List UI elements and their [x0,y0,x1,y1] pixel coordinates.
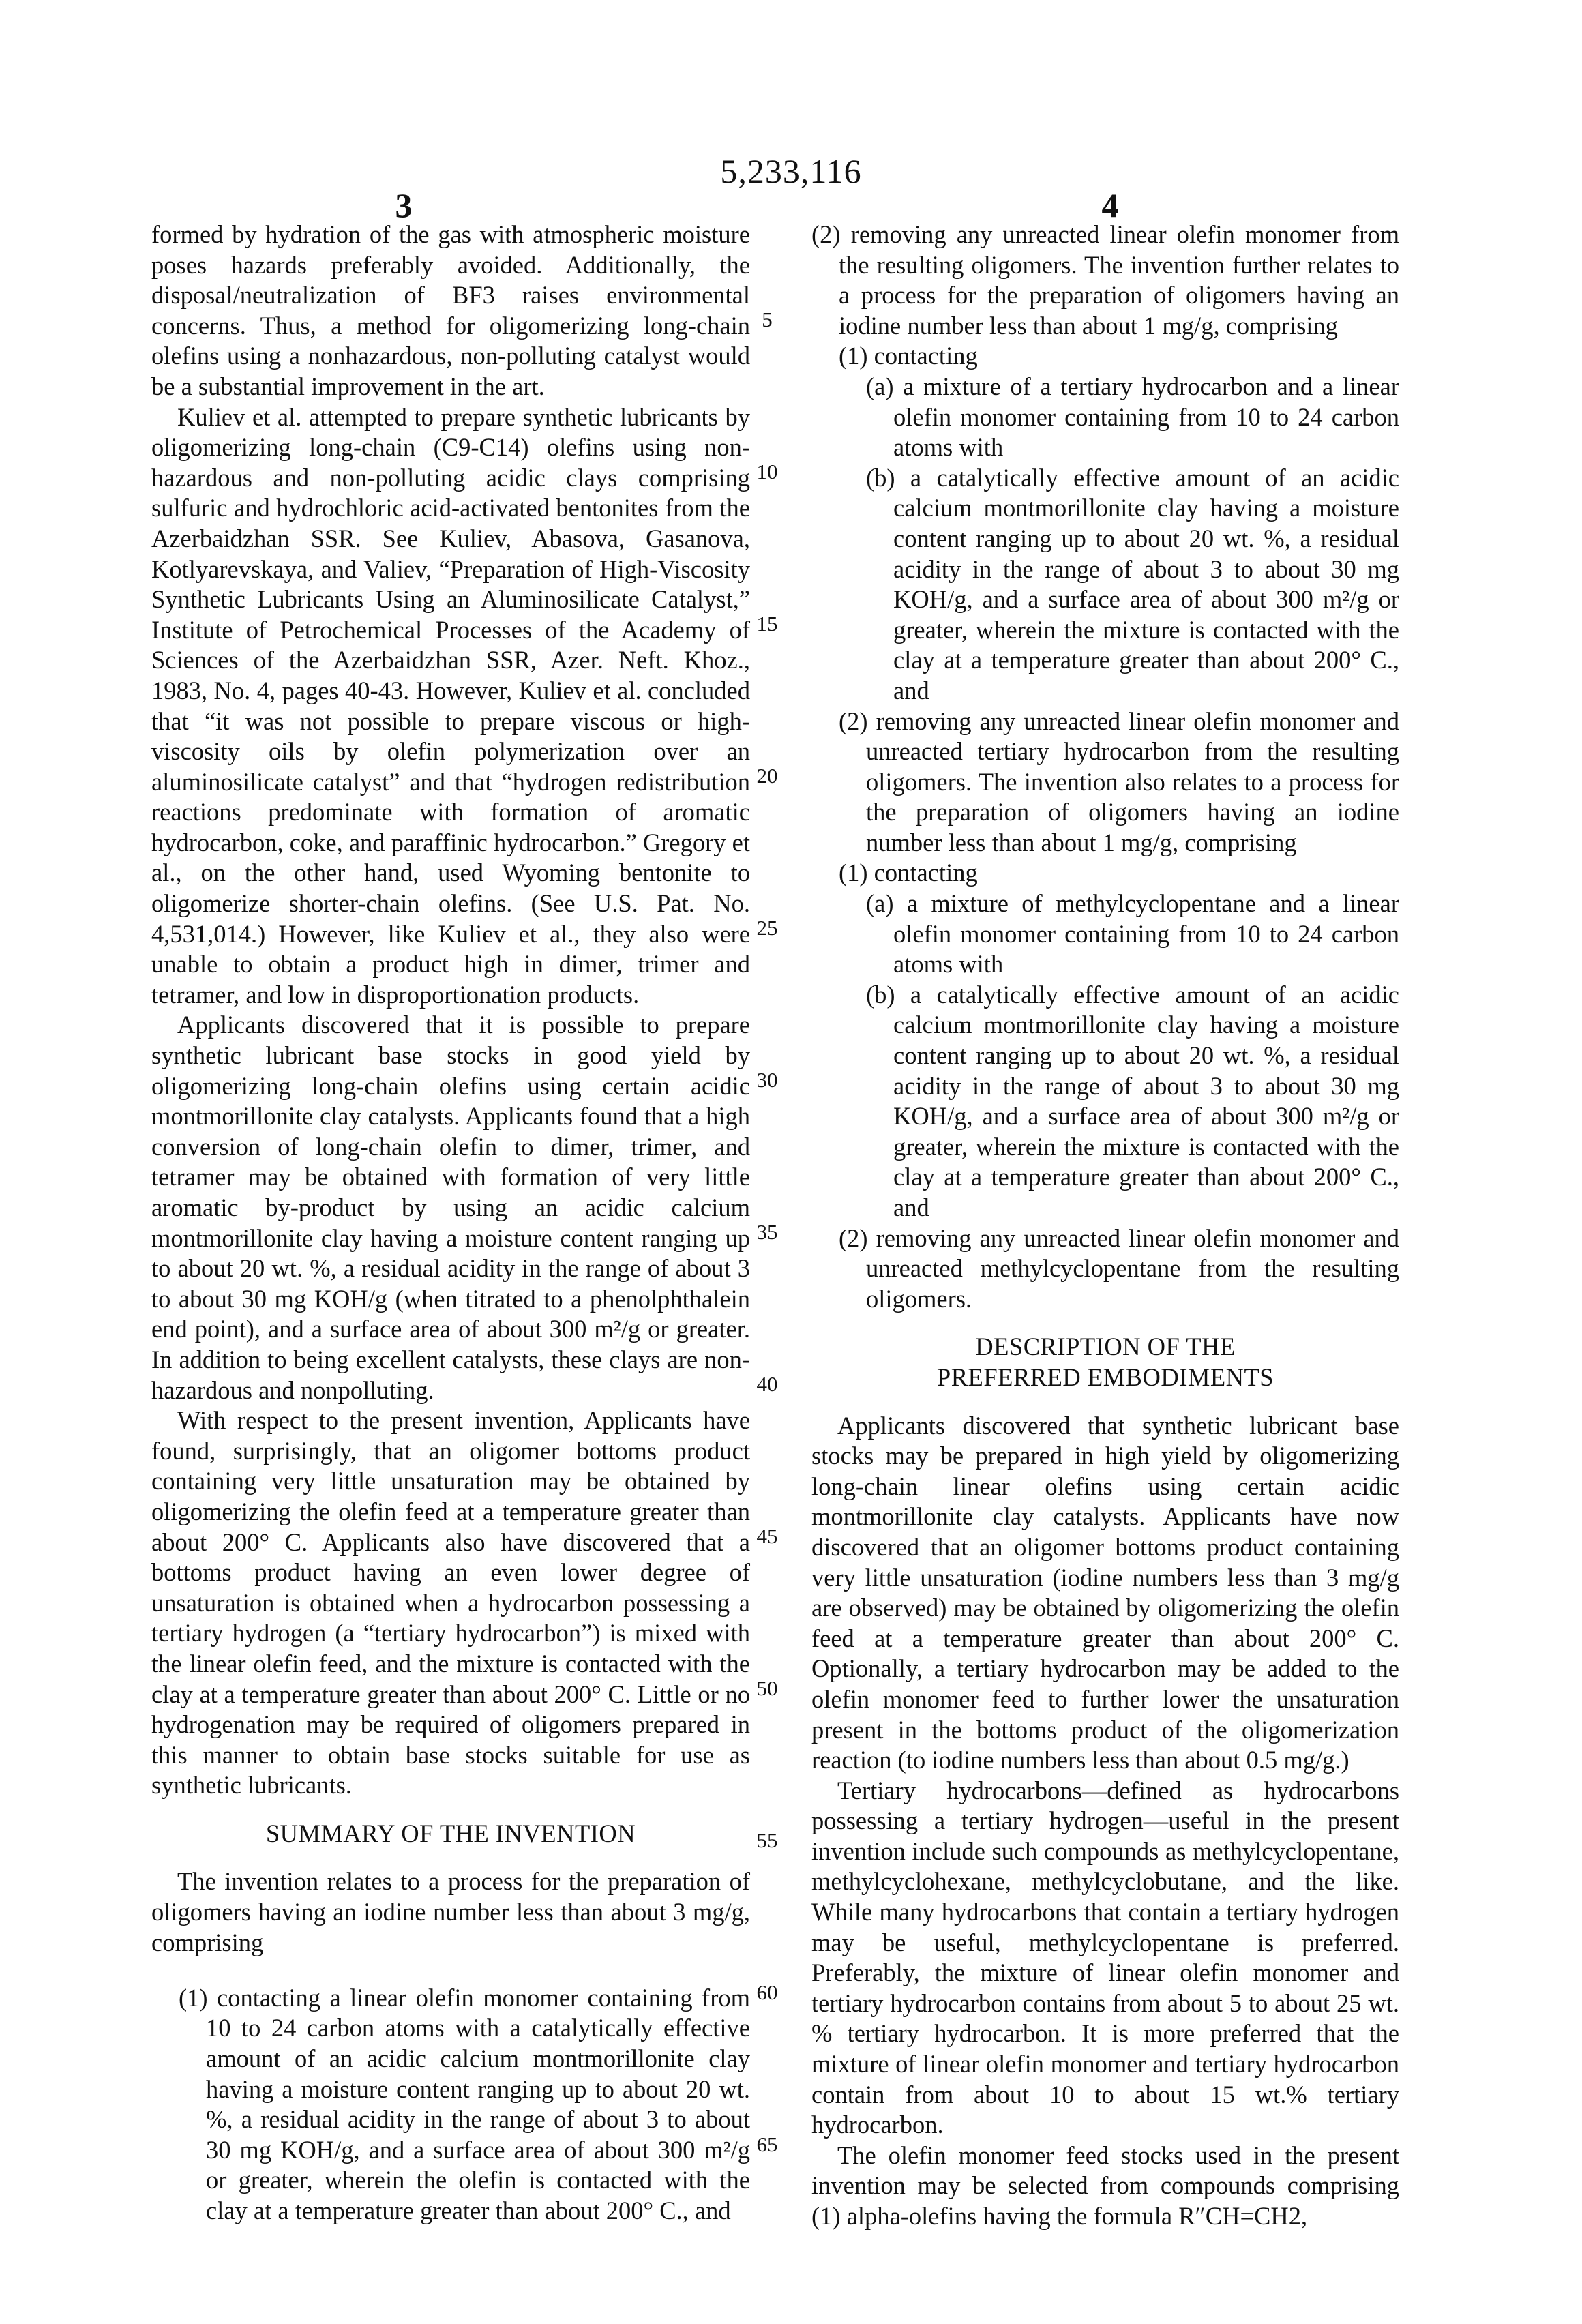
line-number: 10 [750,460,784,484]
paragraph: The olefin monomer feed stocks used in t… [811,2141,1399,2232]
line-number: 50 [750,1676,784,1701]
paragraph: Applicants discovered that it is possibl… [151,1010,750,1405]
paragraph: Tertiary hydrocarbons—defined as hydroca… [811,1776,1399,2141]
paragraph: With respect to the present invention, A… [151,1405,750,1801]
patent-number: 5,233,116 [0,151,1582,191]
list-item: (1) contacting a linear olefin monomer c… [179,1983,750,2226]
section-heading-summary: SUMMARY OF THE INVENTION [151,1819,750,1849]
paragraph: The invention relates to a process for t… [151,1866,750,1958]
list-item: (a) a mixture of a tertiary hydrocarbon … [866,372,1399,463]
line-number: 60 [750,1980,784,2005]
right-column: (2) removing any unreacted linear olefin… [811,220,1399,2232]
line-number: 30 [750,1068,784,1092]
list-item: (1) contacting [839,858,1399,889]
line-number: 55 [750,1828,784,1853]
left-column: formed by hydration of the gas with atmo… [151,220,750,2251]
list-item: (1) contacting [839,341,1399,372]
list-item: (b) a catalytically effective amount of … [866,980,1399,1223]
list-item: (2) removing any unreacted linear olefin… [811,220,1399,341]
paragraph: Applicants discovered that synthetic lub… [811,1411,1399,1776]
paragraph: Kuliev et al. attempted to prepare synth… [151,402,750,1011]
list-item: (b) a catalytically effective amount of … [866,463,1399,706]
list-item: (2) removing any unreacted linear olefin… [839,1223,1399,1315]
list-item: (a) a mixture of methylcyclopentane and … [866,889,1399,980]
line-number: 35 [750,1220,784,1245]
line-number: 45 [750,1524,784,1549]
line-number: 5 [750,308,784,332]
line-number: 25 [750,916,784,940]
line-number: 15 [750,612,784,636]
line-number: 65 [750,2132,784,2157]
list-item: (2) removing any unreacted linear olefin… [839,706,1399,859]
paragraph: formed by hydration of the gas with atmo… [151,220,750,402]
line-number: 20 [750,764,784,788]
line-number: 40 [750,1372,784,1397]
section-heading-description: DESCRIPTION OF THE PREFERRED EMBODIMENTS [811,1332,1399,1392]
